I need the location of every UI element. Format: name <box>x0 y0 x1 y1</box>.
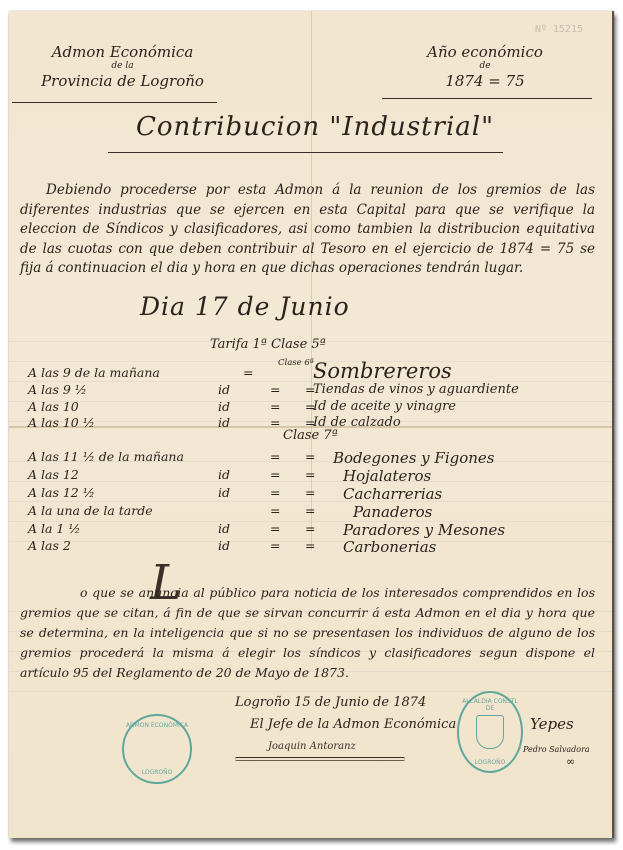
schedule-equals: = <box>243 365 253 380</box>
stamp-left-bottom-text: LOGROÑO <box>142 769 173 776</box>
schedule-equals: = <box>270 399 280 414</box>
schedule-id: id <box>218 485 230 500</box>
signature-right: Yepes <box>530 715 574 733</box>
ruled-line <box>9 691 612 692</box>
schedule-equals: = <box>270 415 280 430</box>
signature-right-note: Pedro Salvadora <box>523 745 590 754</box>
schedule-trade: Id de aceite y vinagre <box>313 399 456 414</box>
catalog-mark: Nº 15215 <box>535 24 583 35</box>
schedule-time: A las 11 ½ de la mañana <box>28 449 184 464</box>
day-heading: Dia 17 de Junio <box>140 292 350 321</box>
header-left-underline <box>12 102 217 103</box>
signature-flourish <box>235 757 405 761</box>
schedule-id: id <box>218 382 230 397</box>
schedule-row: A las 12 ½ id = = Cacharrerias <box>28 485 583 503</box>
schedule-trade: Cacharrerias <box>343 485 442 503</box>
schedule-id: id <box>218 538 230 553</box>
header-right: Año económico de 1874 = 75 <box>375 42 595 91</box>
schedule-equals: = <box>270 382 280 397</box>
header-right-underline <box>382 98 592 99</box>
schedule-trade: Panaderos <box>353 503 432 521</box>
stamp-alcaldia: ALCALDIA CONSTL DE LOGROÑO <box>457 691 523 773</box>
schedule-time: A las 2 <box>28 538 71 553</box>
schedule-id: id <box>218 467 230 482</box>
schedule-time: A las 10 ½ <box>28 415 95 430</box>
schedule-time: A la 1 ½ <box>28 521 80 536</box>
schedule-trade: Hojalateros <box>343 467 431 485</box>
clase7-heading: Clase 7ª <box>283 428 338 443</box>
stamp-right-bottom-text: LOGROÑO <box>475 759 506 766</box>
schedule-row: A las 2 id = = Carbonerias <box>28 538 583 556</box>
schedule-time: A las 9 de la mañana <box>28 365 160 380</box>
place-date: Logroño 15 de Junio de 1874 <box>235 695 426 710</box>
schedule-row: A la una de la tarde = = Panaderos <box>28 503 583 521</box>
document-title: Contribucion "Industrial" <box>115 112 515 142</box>
intro-paragraph: Debiendo procederse por esta Admon á la … <box>20 181 595 279</box>
tarifa-heading: Tarifa 1ª Clase 5ª <box>210 337 326 352</box>
schedule-row: A las 11 ½ de la mañana = = Bodegones y … <box>28 449 583 467</box>
header-left-line2: de la <box>20 62 225 71</box>
rubric-mark: ∞ <box>566 755 575 768</box>
schedule-equals: = <box>305 449 315 464</box>
schedule-row: A las 9 de la mañana = Clase 6ª Sombrere… <box>28 365 583 383</box>
header-right-line2: de <box>375 62 595 71</box>
schedule-time: A las 10 <box>28 399 79 414</box>
schedule-equals: = <box>270 503 280 518</box>
schedule-time: A las 12 ½ <box>28 485 95 500</box>
header-left: Admon Económica de la Provincia de Logro… <box>20 42 225 91</box>
header-left-line3: Provincia de Logroño <box>41 72 204 90</box>
clase6-label: Clase 6ª <box>278 358 314 368</box>
schedule-equals: = <box>270 521 280 536</box>
schedule-id: id <box>218 415 230 430</box>
closing-paragraph: o que se anuncia al público para noticia… <box>20 583 595 683</box>
schedule-id: id <box>218 521 230 536</box>
signatory-title: El Jefe de la Admon Económica <box>250 717 456 732</box>
schedule-equals: = <box>270 538 280 553</box>
schedule-equals: = <box>270 449 280 464</box>
schedule-equals: = <box>270 467 280 482</box>
header-right-line3: 1874 = 75 <box>445 72 524 90</box>
schedule-time: A la una de la tarde <box>28 503 153 518</box>
schedule-equals: = <box>270 485 280 500</box>
schedule-trade: Tiendas de vinos y aguardiente <box>313 382 519 397</box>
schedule-row: A las 12 id = = Hojalateros <box>28 467 583 485</box>
schedule-trade: Carbonerias <box>343 538 436 556</box>
schedule-trade: Paradores y Mesones <box>343 521 505 539</box>
schedule-time: A las 12 <box>28 467 79 482</box>
coat-of-arms-icon <box>476 715 504 749</box>
schedule-equals: = <box>305 538 315 553</box>
schedule-equals: = <box>305 521 315 536</box>
signature-left: Joaquin Antoranz <box>268 741 356 752</box>
schedule-id: id <box>218 399 230 414</box>
schedule-trade: Bodegones y Figones <box>333 449 494 467</box>
schedule-equals: = <box>305 503 315 518</box>
stamp-admon: ADMON ECONÓMICA LOGROÑO <box>122 714 192 784</box>
schedule-row: A las 9 ½ id = = Tiendas de vinos y agua… <box>28 382 583 400</box>
schedule-equals: = <box>305 467 315 482</box>
header-right-line1: Año económico <box>427 43 543 61</box>
schedule-trade: Sombrereros <box>313 359 452 383</box>
schedule-equals: = <box>305 485 315 500</box>
schedule-time: A las 9 ½ <box>28 382 87 397</box>
schedule-row: A la 1 ½ id = = Paradores y Mesones <box>28 521 583 539</box>
header-left-line1: Admon Económica <box>52 43 194 61</box>
title-underline <box>108 152 503 153</box>
stamp-right-top-text: ALCALDIA CONSTL DE <box>459 698 521 712</box>
stamp-left-top-text: ADMON ECONÓMICA <box>126 722 188 729</box>
